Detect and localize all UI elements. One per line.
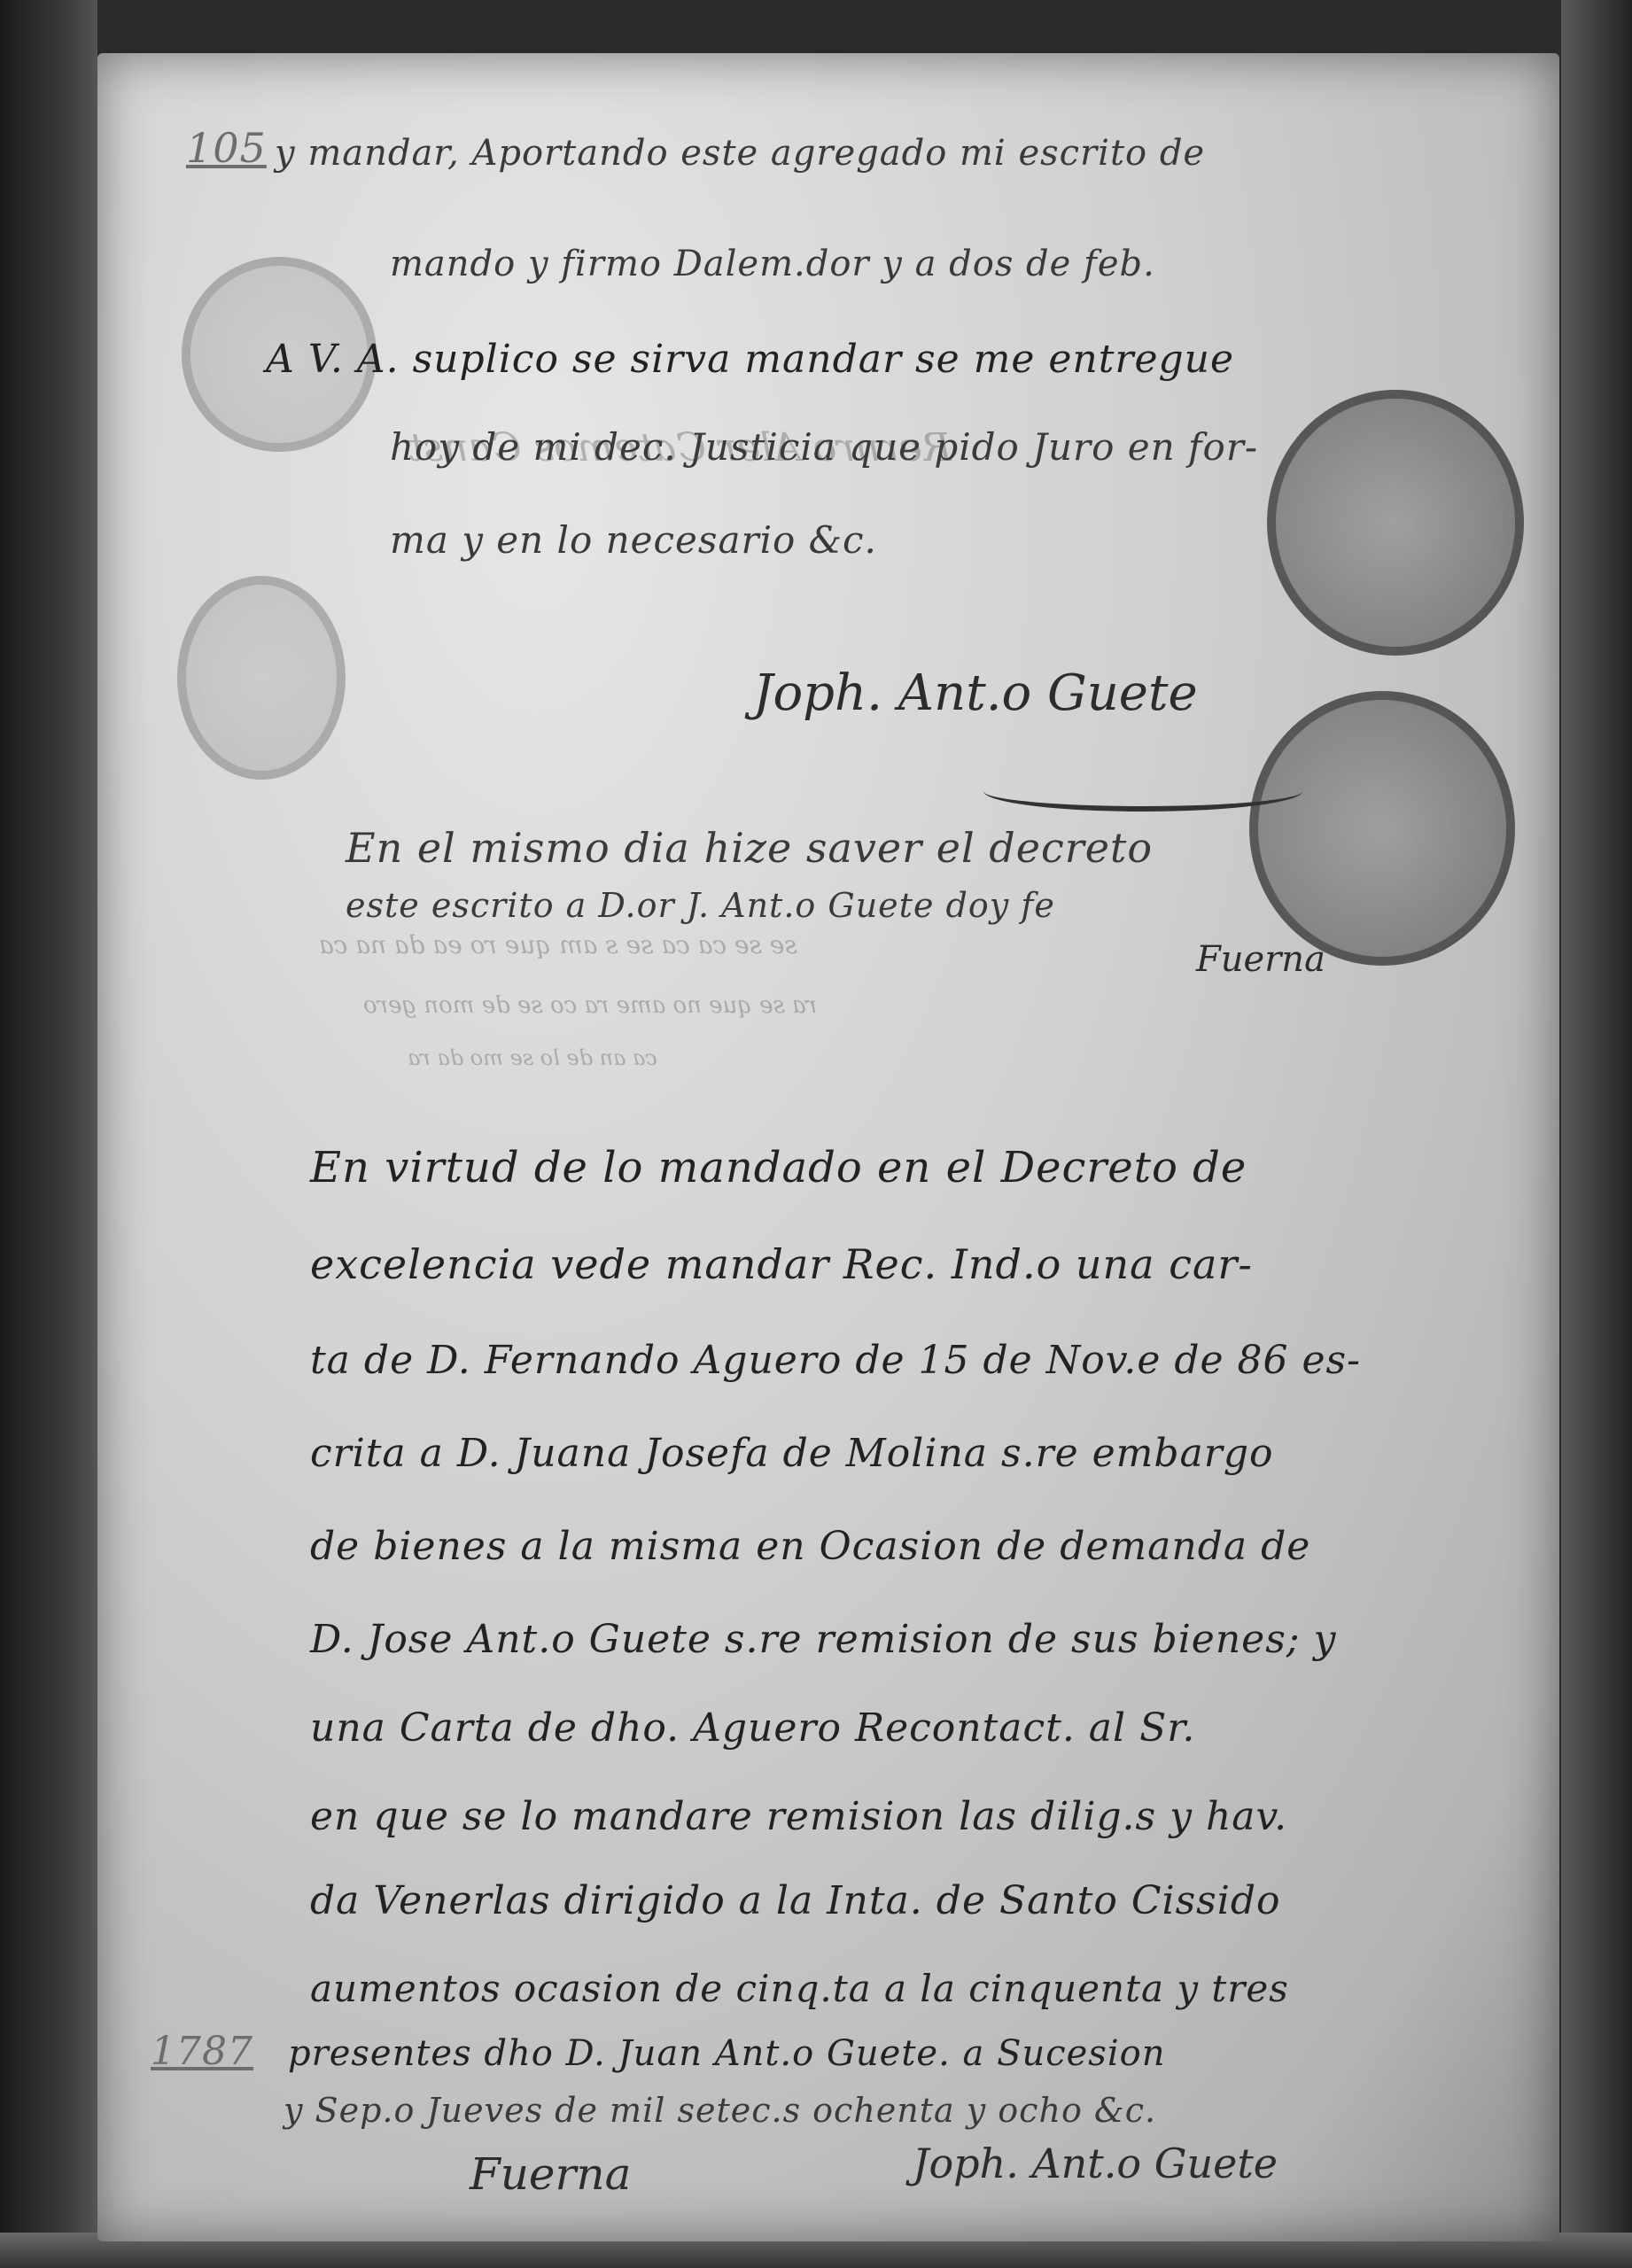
margin-year: 1787 bbox=[151, 2029, 253, 2074]
scan-frame-left bbox=[0, 0, 97, 2268]
upper-line-5: ma y en lo necesario &c. bbox=[390, 518, 877, 562]
main-line-1: En virtud de lo mandado en el Decreto de bbox=[310, 1143, 1247, 1192]
main-line-5: de bienes a la misma en Ocasion de deman… bbox=[310, 1524, 1310, 1569]
signature-fuerna: Fuerna bbox=[470, 2148, 631, 2200]
note-signature: Fuerna bbox=[1196, 939, 1325, 980]
bleed-through-text: ra se que no ame ra co se de mon gero bbox=[363, 992, 817, 1019]
signature-flourish bbox=[983, 771, 1302, 812]
main-line-11: presentes dho D. Juan Ant.o Guete. a Suc… bbox=[288, 2033, 1165, 2074]
upper-line-2: mando y firmo Dalem.dor y a dos de feb. bbox=[390, 244, 1155, 284]
note-line-2: este escrito a D.or J. Ant.o Guete doy f… bbox=[346, 886, 1055, 925]
manuscript-page: Rernro Aler Catemos Canst se se ca ca se… bbox=[97, 53, 1559, 2241]
bleed-through-text: se se ca ca se s am que ro ea da na ca bbox=[319, 930, 797, 959]
main-line-4: crita a D. Juana Josefa de Molina s.re e… bbox=[310, 1431, 1273, 1476]
upper-line-4: hoy de mi dec. Justicia que pido Juro en… bbox=[390, 425, 1258, 469]
main-line-12: y Sep.o Jueves de mil setec.s ochenta y … bbox=[284, 2091, 1156, 2130]
scan-frame-right bbox=[1561, 0, 1632, 2268]
folio-number: 105 bbox=[186, 124, 267, 172]
main-line-7: una Carta de dho. Aguero Recontact. al S… bbox=[310, 1705, 1195, 1751]
main-line-9: da Venerlas dirigido a la Inta. de Santo… bbox=[310, 1878, 1280, 1923]
main-line-10: aumentos ocasion de cinq.ta a la cinquen… bbox=[310, 1967, 1289, 2010]
wax-seal-lower-right bbox=[1249, 691, 1515, 966]
main-line-3: ta de D. Fernando Aguero de 15 de Nov.e … bbox=[310, 1338, 1361, 1383]
faint-seal-left bbox=[177, 576, 346, 780]
signature-guete-lower: Joph. Ant.o Guete bbox=[913, 2140, 1278, 2187]
upper-line-1: y mandar, Aportando este agregado mi esc… bbox=[275, 133, 1205, 174]
bleed-through-text: ca an de lo se mo da ra bbox=[408, 1045, 657, 1070]
main-line-6: D. Jose Ant.o Guete s.re remision de sus… bbox=[310, 1617, 1336, 1662]
upper-line-3: A V. A. suplico se sirva mandar se me en… bbox=[266, 337, 1234, 382]
main-line-2: excelencia vede mandar Rec. Ind.o una ca… bbox=[310, 1240, 1253, 1288]
note-line-1: En el mismo dia hize saver el decreto bbox=[346, 824, 1153, 872]
main-line-8: en que se lo mandare remision las dilig.… bbox=[310, 1794, 1287, 1839]
signature-guete-upper: Joph. Ant.o Guete bbox=[753, 664, 1198, 722]
wax-seal-upper-right bbox=[1267, 390, 1524, 656]
